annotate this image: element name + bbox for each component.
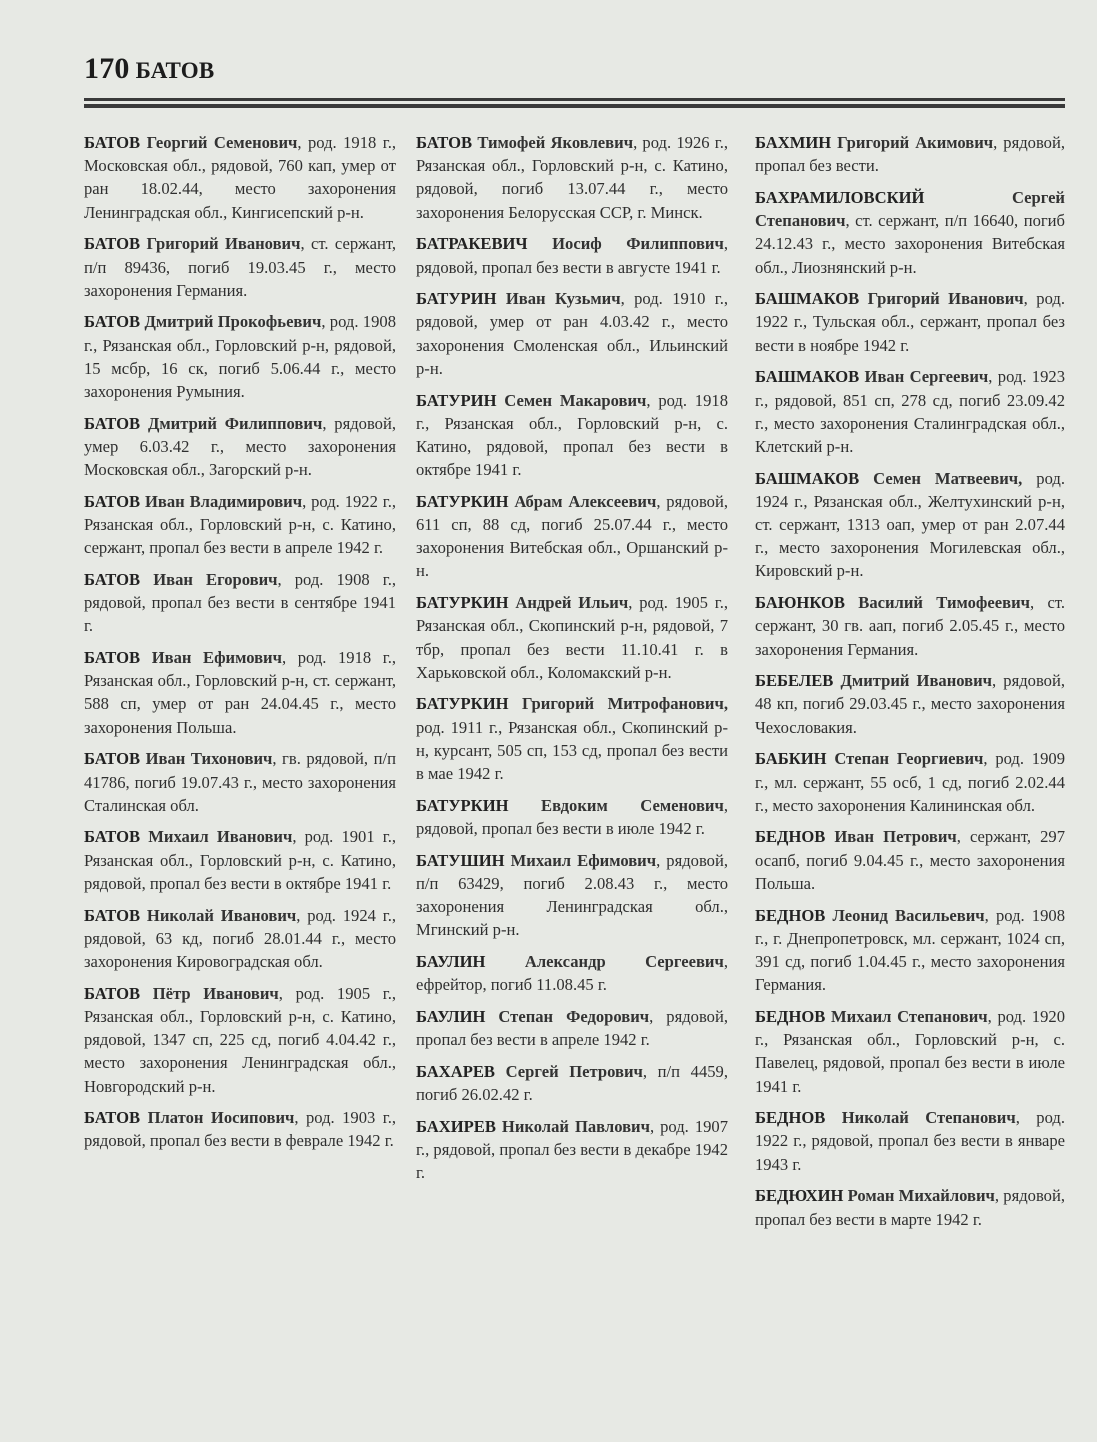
entry-surname: БАТОВ [84,234,140,253]
register-entry: БАХРАМИЛОВСКИЙ Сергей Степанович, ст. се… [755,186,1065,279]
entry-surname: БАУЛИН [416,952,485,971]
register-entry: БАШМАКОВ Иван Сергеевич, род. 1923 г., р… [755,365,1065,458]
entry-surname: БАТУРКИН [416,796,509,815]
entry-surname: БАТОВ [84,984,140,1003]
header-rule-thin [84,98,1065,101]
entry-given-names: Семен Матвеевич, [873,469,1022,488]
entry-surname: БАТУРКИН [416,694,509,713]
page-number: 170 [84,52,130,85]
register-entry: БЕДЮХИН Роман Михайлович, рядовой, пропа… [755,1184,1065,1230]
register-entry: БАШМАКОВ Семен Матвеевич, род. 1924 г., … [755,467,1065,583]
entry-given-names: Семен Макарович [504,391,646,410]
entry-given-names: Иван Владимирович [145,492,302,511]
register-entry: БАТОВ Георгий Семенович, род. 1918 г., М… [84,131,396,224]
register-entry: БЕДНОВ Иван Петрович, сержант, 297 осапб… [755,825,1065,895]
entry-given-names: Иван Сергеевич [865,367,989,386]
entry-surname: БАТОВ [84,1108,140,1127]
entry-surname: БЕБЕЛЕВ [755,671,833,690]
register-entry: БАТОВ Пётр Иванович, род. 1905 г., Рязан… [84,982,396,1098]
entry-given-names: Сергей Петрович [506,1062,643,1081]
entry-given-names: Иосиф Филиппович [552,234,724,253]
register-entry: БАТОВ Иван Ефимович, род. 1918 г., Рязан… [84,646,396,739]
register-entry: БАТУРИН Семен Макарович, род. 1918 г., Р… [416,389,728,482]
entry-given-names: Дмитрий Прокофьевич [144,312,321,331]
entry-surname: БЕДНОВ [755,827,825,846]
entry-surname: БЕДЮХИН [755,1186,843,1205]
entry-given-names: Тимофей Яковлевич [477,133,633,152]
entry-surname: БАТРАКЕВИЧ [416,234,528,253]
entry-surname: БАХРАМИЛОВСКИЙ [755,188,924,207]
entry-surname: БАТОВ [84,906,140,925]
register-entry: БАТУШИН Михаил Ефимович, рядовой, п/п 63… [416,849,728,942]
register-entry: БАТУРКИН Григорий Митрофанович, род. 191… [416,692,728,785]
register-entry: БАШМАКОВ Григорий Иванович, род. 1922 г.… [755,287,1065,357]
entry-given-names: Николай Иванович [147,906,296,925]
register-entry: БАТУРКИН Андрей Ильич, род. 1905 г., Ряз… [416,591,728,684]
register-entry: БАТРАКЕВИЧ Иосиф Филиппович, рядовой, пр… [416,232,728,278]
register-entry: БАУЛИН Александр Сергеевич, ефрейтор, по… [416,950,728,996]
entry-surname: БАТОВ [84,133,140,152]
entry-given-names: Иван Петрович [834,827,956,846]
entry-given-names: Дмитрий Филиппович [148,414,322,433]
register-entry: БАХАРЕВ Сергей Петрович, п/п 4459, погиб… [416,1060,728,1106]
entry-given-names: Михаил Степанович [831,1007,988,1026]
entry-given-names: Иван Егорович [153,570,277,589]
entry-surname: БАТОВ [84,414,140,433]
register-entry: БАТОВ Платон Иосипович, род. 1903 г., ря… [84,1106,396,1152]
entry-surname: БАЮНКОВ [755,593,845,612]
entry-given-names: Николай Степанович [842,1108,1016,1127]
entry-given-names: Александр Сергеевич [525,952,724,971]
entry-surname: БАТОВ [84,648,140,667]
entry-given-names: Степан Федорович [498,1007,649,1026]
column-1: БАТОВ Георгий Семенович, род. 1918 г., М… [84,131,396,1161]
entry-given-names: Василий Тимофеевич [858,593,1030,612]
entry-surname: БАУЛИН [416,1007,485,1026]
register-entry: БЕДНОВ Леонид Васильевич, род. 1908 г., … [755,904,1065,997]
entry-given-names: Андрей Ильич [515,593,628,612]
register-entry: БАХИРЕВ Николай Павлович, род. 1907 г., … [416,1115,728,1185]
entry-surname: БАШМАКОВ [755,367,859,386]
register-entry: БЕДНОВ Михаил Степанович, род. 1920 г., … [755,1005,1065,1098]
entry-given-names: Георгий Семенович [147,133,298,152]
register-entry: БАТУРКИН Абрам Алексеевич, рядовой, 611 … [416,490,728,583]
entry-given-names: Евдоким Семенович [541,796,724,815]
entry-surname: БЕДНОВ [755,906,825,925]
entry-given-names: Иван Тихонович [146,749,273,768]
entry-surname: БЕДНОВ [755,1007,825,1026]
register-entry: БАТОВ Михаил Иванович, род. 1901 г., Ряз… [84,825,396,895]
register-entry: БАЮНКОВ Василий Тимофеевич, ст. сержант,… [755,591,1065,661]
entry-surname: БАТОВ [416,133,472,152]
running-head: БАТОВ [136,58,215,83]
register-entry: БЕДНОВ Николай Степанович, род. 1922 г.,… [755,1106,1065,1176]
header-rule-thick [84,104,1065,108]
entry-surname: БАХАРЕВ [416,1062,495,1081]
entry-surname: БАТОВ [84,749,140,768]
register-entry: БАТОВ Тимофей Яковлевич, род. 1926 г., Р… [416,131,728,224]
entry-given-names: Григорий Иванович [147,234,301,253]
entry-given-names: Роман Михайлович [848,1186,995,1205]
entry-surname: БАБКИН [755,749,827,768]
entry-surname: БАШМАКОВ [755,289,859,308]
register-entry: БАТОВ Григорий Иванович, ст. сержант, п/… [84,232,396,302]
entry-given-names: Михаил Ефимович [511,851,656,870]
register-entry: БАТОВ Дмитрий Филиппович, рядовой, умер … [84,412,396,482]
page-header: 170БАТОВ [84,52,214,86]
entry-surname: БАТУРКИН [416,492,509,511]
entry-surname: БЕДНОВ [755,1108,825,1127]
register-entry: БАТУРИН Иван Кузьмич, род. 1910 г., рядо… [416,287,728,380]
entry-given-names: Михаил Иванович [148,827,292,846]
column-3: БАХМИН Григорий Акимович, рядовой, пропа… [755,131,1065,1239]
register-entry: БАТОВ Дмитрий Прокофьевич, род. 1908 г.,… [84,310,396,403]
entry-given-names: Платон Иосипович [148,1108,295,1127]
entry-given-names: Пётр Иванович [153,984,279,1003]
register-entry: БАТОВ Николай Иванович, род. 1924 г., ря… [84,904,396,974]
register-entry: БАБКИН Степан Георгиевич, род. 1909 г., … [755,747,1065,817]
entry-given-names: Дмитрий Иванович [840,671,992,690]
entry-surname: БАТУРИН [416,391,496,410]
entry-surname: БАХИРЕВ [416,1117,496,1136]
entry-given-names: Леонид Васильевич [832,906,984,925]
entry-given-names: Иван Кузьмич [506,289,621,308]
entry-surname: БАТУРИН [416,289,496,308]
entry-details: род. 1911 г., Рязанская обл., Скопинский… [416,718,728,783]
entry-given-names: Григорий Акимович [837,133,993,152]
entry-given-names: Иван Ефимович [152,648,282,667]
entry-given-names: Григорий Иванович [868,289,1024,308]
register-entry: БАУЛИН Степан Федорович, рядовой, пропал… [416,1005,728,1051]
register-entry: БЕБЕЛЕВ Дмитрий Иванович, рядовой, 48 кп… [755,669,1065,739]
entry-given-names: Степан Георгиевич [834,749,983,768]
column-2: БАТОВ Тимофей Яковлевич, род. 1926 г., Р… [416,131,728,1193]
entry-surname: БАШМАКОВ [755,469,859,488]
register-entry: БАТОВ Иван Егорович, род. 1908 г., рядов… [84,568,396,638]
entry-surname: БАТОВ [84,492,140,511]
entry-surname: БАТОВ [84,570,140,589]
register-entry: БАТОВ Иван Тихонович, гв. рядовой, п/п 4… [84,747,396,817]
register-entry: БАХМИН Григорий Акимович, рядовой, пропа… [755,131,1065,177]
entry-surname: БАТОВ [84,827,140,846]
entry-surname: БАТУШИН [416,851,505,870]
entry-given-names: Николай Павлович [502,1117,650,1136]
entry-surname: БАХМИН [755,133,831,152]
entry-surname: БАТУРКИН [416,593,509,612]
register-entry: БАТУРКИН Евдоким Семенович, рядовой, про… [416,794,728,840]
entry-given-names: Григорий Митрофанович, [522,694,728,713]
entry-given-names: Абрам Алексеевич [514,492,656,511]
entry-surname: БАТОВ [84,312,140,331]
register-entry: БАТОВ Иван Владимирович, род. 1922 г., Р… [84,490,396,560]
